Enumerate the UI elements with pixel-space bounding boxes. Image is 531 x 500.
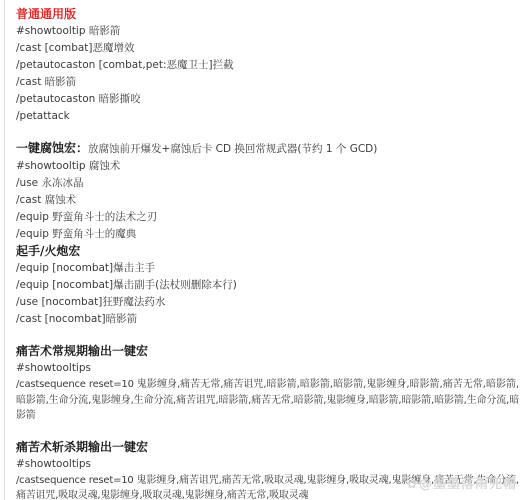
- macro-document-page: 普通通用版#showtooltip 暗影箭/cast [combat]恶魔增效/…: [0, 0, 531, 500]
- macro-line: /cast 腐蚀术: [16, 192, 519, 209]
- macro-section: 普通通用版#showtooltip 暗影箭/cast [combat]恶魔增效/…: [16, 6, 519, 125]
- macro-line: /petautocaston 暗影撕咬: [16, 91, 519, 108]
- macro-line: /use 永冻冰晶: [16, 175, 519, 192]
- section-heading: 痛苦术常规期输出一键宏: [16, 343, 519, 360]
- section-heading-text: 一键腐蚀宏：: [16, 141, 88, 155]
- macro-line: #showtooltips: [16, 360, 519, 377]
- macro-line: /petautocaston [combat,pet:恶魔卫士]拦截: [16, 57, 519, 74]
- section-heading-note: 放腐蚀前开爆发+腐蚀后卡 CD 换回常规武器(节约 1 个 GCD): [88, 143, 377, 155]
- macro-line: #showtooltips: [16, 456, 519, 473]
- macro-section: 一键腐蚀宏：放腐蚀前开爆发+腐蚀后卡 CD 换回常规武器(节约 1 个 GCD)…: [16, 140, 519, 243]
- left-border-divider: [4, 0, 5, 500]
- macro-line: /cast 暗影箭: [16, 74, 519, 91]
- macro-line: #showtooltip 暗影箭: [16, 23, 519, 40]
- section-heading: 痛苦术斩杀期输出一键宏: [16, 439, 519, 456]
- macro-document: 普通通用版#showtooltip 暗影箭/cast [combat]恶魔增效/…: [0, 0, 531, 500]
- section-heading: 一键腐蚀宏：放腐蚀前开爆发+腐蚀后卡 CD 换回常规武器(节约 1 个 GCD): [16, 140, 519, 158]
- section-heading-text: 痛苦术常规期输出一键宏: [16, 344, 148, 358]
- macro-line: #showtooltip 腐蚀术: [16, 158, 519, 175]
- tieba-logo-icon: ✿: [407, 477, 418, 491]
- macro-section: 起手/火炮宏/equip [nocombat]爆击主手/equip [nocom…: [16, 243, 519, 328]
- section-heading-text: 痛苦术斩杀期输出一键宏: [16, 440, 148, 454]
- macro-line: /cast [nocombat]暗影箭: [16, 311, 519, 328]
- macro-line: /use [nocombat]狂野魔法药水: [16, 294, 519, 311]
- watermark: ✿@墨墨落雨兜帽: [407, 473, 517, 492]
- section-heading: 普通通用版: [16, 6, 519, 23]
- section-heading-text: 普通通用版: [16, 7, 76, 21]
- watermark-text: @墨墨落雨兜帽: [419, 477, 517, 492]
- macro-line: /equip [nocombat]爆击副手(法杖则删除本行): [16, 277, 519, 294]
- section-heading: 起手/火炮宏: [16, 243, 519, 260]
- macro-line: /equip 野蛮角斗士的魔典: [16, 226, 519, 243]
- macro-section: 痛苦术常规期输出一键宏#showtooltips/castsequence re…: [16, 343, 519, 424]
- macro-line: /equip 野蛮角斗士的法术之刃: [16, 209, 519, 226]
- macro-line: /cast [combat]恶魔增效: [16, 40, 519, 57]
- macro-line: /castsequence reset=10 鬼影缠身,痛苦无常,痛苦诅咒,暗影…: [16, 377, 519, 424]
- macro-line: /petattack: [16, 108, 519, 125]
- macro-line: /equip [nocombat]爆击主手: [16, 260, 519, 277]
- section-heading-text: 起手/火炮宏: [16, 244, 80, 258]
